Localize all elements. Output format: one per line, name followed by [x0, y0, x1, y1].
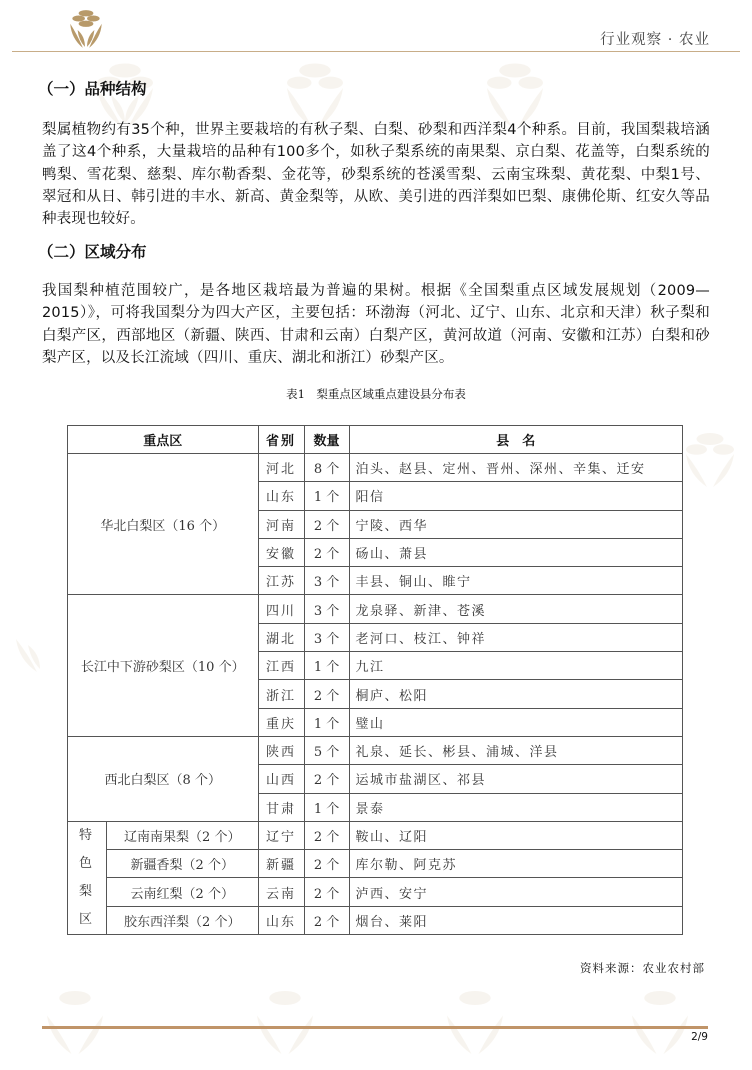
zone-cell: 长江中下游砂梨区（10 个） [68, 595, 259, 736]
count-cell: 3 个 [304, 567, 349, 595]
province-cell: 山东 [258, 482, 304, 510]
province-cell: 山西 [258, 765, 304, 793]
count-cell: 3 个 [304, 623, 349, 651]
table-row: 云南红梨（2 个） 云南 2 个 泸西、安宁 [68, 878, 683, 906]
counties-cell: 砀山、萧县 [349, 538, 682, 566]
province-cell: 江西 [258, 652, 304, 680]
count-cell: 8 个 [304, 454, 349, 482]
table-row: 西北白梨区（8 个） 陕西 5 个 礼泉、延长、彬县、浦城、洋县 [68, 736, 683, 764]
table-caption: 表1 梨重点区域重点建设县分布表 [0, 386, 752, 402]
footer-divider [42, 1026, 708, 1029]
province-cell: 四川 [258, 595, 304, 623]
watermark-logo-icon [250, 985, 320, 1060]
count-cell: 2 个 [304, 765, 349, 793]
counties-cell: 运城市盐湖区、祁县 [349, 765, 682, 793]
sub-zone-cell: 胶东西洋梨（2 个） [107, 906, 259, 934]
counties-cell: 丰县、铜山、睢宁 [349, 567, 682, 595]
province-cell: 浙江 [258, 680, 304, 708]
header-title: 行业观察 · 农业 [600, 28, 710, 49]
counties-cell: 泸西、安宁 [349, 878, 682, 906]
count-cell: 1 个 [304, 652, 349, 680]
watermark-logo-icon [625, 985, 695, 1060]
page-header: 行业观察 · 农业 [0, 0, 752, 56]
zone-cell: 特色梨区 [68, 821, 107, 934]
province-cell: 重庆 [258, 708, 304, 736]
counties-cell: 九江 [349, 652, 682, 680]
count-cell: 2 个 [304, 850, 349, 878]
counties-cell: 阳信 [349, 482, 682, 510]
column-header-zone: 重点区 [68, 426, 259, 454]
province-cell: 江苏 [258, 567, 304, 595]
counties-cell: 老河口、枝江、钟祥 [349, 623, 682, 651]
counties-cell: 泊头、赵县、定州、晋州、深州、辛集、迁安 [349, 454, 682, 482]
counties-cell: 龙泉驿、新津、苍溪 [349, 595, 682, 623]
count-cell: 2 个 [304, 878, 349, 906]
zone-cell: 华北白梨区（16 个） [68, 454, 259, 595]
section-heading-variety-structure: （一）品种结构 [38, 77, 147, 99]
count-cell: 5 个 [304, 736, 349, 764]
section-paragraph-variety-structure: 梨属植物约有35个种，世界主要栽培的有秋子梨、白梨、砂梨和西洋梨4个种系。目前，… [42, 119, 710, 230]
count-cell: 3 个 [304, 595, 349, 623]
column-header-count: 数量 [304, 426, 349, 454]
zone-cell: 西北白梨区（8 个） [68, 736, 259, 821]
section-heading-regional-distribution: （二）区域分布 [38, 240, 147, 262]
count-cell: 2 个 [304, 906, 349, 934]
section-paragraph-regional-distribution: 我国梨种植范围较广，是各地区栽培最为普遍的果树。根据《全国梨重点区域发展规划（2… [42, 280, 710, 369]
count-cell: 1 个 [304, 793, 349, 821]
watermark-logo-icon [10, 610, 70, 680]
count-cell: 2 个 [304, 538, 349, 566]
header-divider [12, 51, 740, 52]
province-cell: 山东 [258, 906, 304, 934]
watermark-logo-icon [440, 985, 510, 1060]
province-cell: 陕西 [258, 736, 304, 764]
counties-cell: 烟台、莱阳 [349, 906, 682, 934]
province-cell: 新疆 [258, 850, 304, 878]
province-cell: 河北 [258, 454, 304, 482]
province-cell: 云南 [258, 878, 304, 906]
table-row: 长江中下游砂梨区（10 个） 四川 3 个 龙泉驿、新津、苍溪 [68, 595, 683, 623]
county-distribution-table: 重点区 省别 数量 县 名 华北白梨区（16 个） 河北 8 个 泊头、赵县、定… [67, 425, 683, 935]
province-cell: 河南 [258, 510, 304, 538]
table-row: 特色梨区 辽南南果梨（2 个） 辽宁 2 个 鞍山、辽阳 [68, 821, 683, 849]
counties-cell: 景泰 [349, 793, 682, 821]
province-cell: 湖北 [258, 623, 304, 651]
table-row: 华北白梨区（16 个） 河北 8 个 泊头、赵县、定州、晋州、深州、辛集、迁安 [68, 454, 683, 482]
wheat-cube-logo-icon [65, 8, 107, 50]
counties-cell: 礼泉、延长、彬县、浦城、洋县 [349, 736, 682, 764]
province-cell: 安徽 [258, 538, 304, 566]
count-cell: 2 个 [304, 680, 349, 708]
counties-cell: 宁陵、西华 [349, 510, 682, 538]
table-source-note: 资料来源：农业农村部 [580, 960, 705, 976]
count-cell: 1 个 [304, 482, 349, 510]
counties-cell: 桐庐、松阳 [349, 680, 682, 708]
table-header-row: 重点区 省别 数量 县 名 [68, 426, 683, 454]
province-cell: 辽宁 [258, 821, 304, 849]
counties-cell: 鞍山、辽阳 [349, 821, 682, 849]
table-row: 新疆香梨（2 个） 新疆 2 个 库尔勒、阿克苏 [68, 850, 683, 878]
province-cell: 甘肃 [258, 793, 304, 821]
page-number: 2/9 [691, 1031, 708, 1043]
counties-cell: 璧山 [349, 708, 682, 736]
counties-cell: 库尔勒、阿克苏 [349, 850, 682, 878]
watermark-logo-icon [40, 985, 110, 1060]
count-cell: 1 个 [304, 708, 349, 736]
sub-zone-cell: 新疆香梨（2 个） [107, 850, 259, 878]
count-cell: 2 个 [304, 510, 349, 538]
sub-zone-cell: 辽南南果梨（2 个） [107, 821, 259, 849]
watermark-logo-icon [680, 430, 740, 490]
count-cell: 2 个 [304, 821, 349, 849]
column-header-counties: 县 名 [349, 426, 682, 454]
table-row: 胶东西洋梨（2 个） 山东 2 个 烟台、莱阳 [68, 906, 683, 934]
sub-zone-cell: 云南红梨（2 个） [107, 878, 259, 906]
column-header-province: 省别 [258, 426, 304, 454]
